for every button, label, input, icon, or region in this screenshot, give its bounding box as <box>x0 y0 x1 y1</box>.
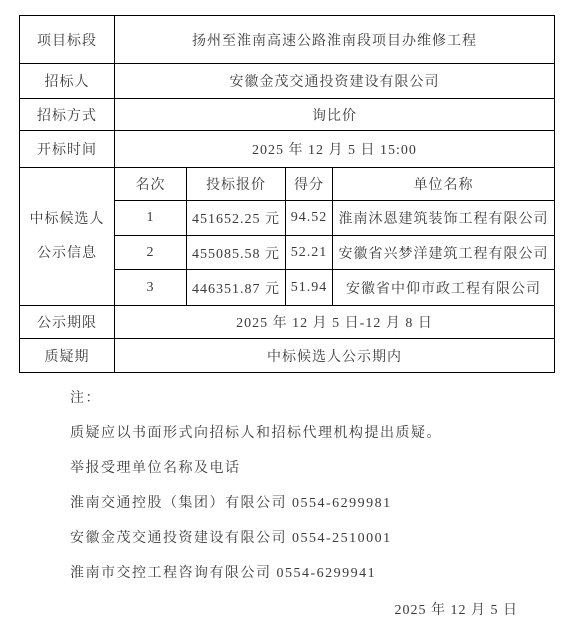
bid-opening-time-value: 2025 年 12 月 5 日 15:00 <box>115 131 555 168</box>
candidate-2-score: 52.21 <box>286 236 333 270</box>
candidate-2-company: 安徽省兴梦洋建筑工程有限公司 <box>333 236 555 270</box>
candidate-3-bid-price: 446351.87 元 <box>187 270 286 306</box>
question-period-value: 中标候选人公示期内 <box>115 339 555 373</box>
candidate-1-bid-price: 451652.25 元 <box>187 201 286 236</box>
publicity-period-value: 2025 年 12 月 5 日-12 月 8 日 <box>115 306 555 339</box>
publicity-period-label: 公示期限 <box>20 306 115 339</box>
note-line-report-units-title: 举报受理单位名称及电话 <box>70 462 442 476</box>
tender-method-value: 询比价 <box>115 99 555 131</box>
tenderer-label: 招标人 <box>20 64 115 99</box>
notes-section: 注： 质疑应以书面形式向招标人和招标代理机构提出质疑。 举报受理单位名称及电话 … <box>70 392 442 602</box>
candidate-3-rank: 3 <box>115 270 187 306</box>
candidate-3-score: 51.94 <box>286 270 333 306</box>
candidate-1-score: 94.52 <box>286 201 333 236</box>
candidates-label-line1: 中标候选人 <box>22 203 112 237</box>
table-row-tender-method: 招标方式 询比价 <box>20 99 555 131</box>
note-line-objection: 质疑应以书面形式向招标人和招标代理机构提出质疑。 <box>70 427 442 441</box>
column-header-rank: 名次 <box>115 168 187 201</box>
document-date: 2025 年 12 月 5 日 <box>395 599 519 619</box>
candidates-label-line2: 公示信息 <box>22 237 112 271</box>
column-header-bid-price: 投标报价 <box>187 168 286 201</box>
bid-announcement-document: 项目标段 扬州至淮南高速公路淮南段项目办维修工程 招标人 安徽金茂交通投资建设有… <box>0 0 572 639</box>
table-row-bid-opening-time: 开标时间 2025 年 12 月 5 日 15:00 <box>20 131 555 168</box>
candidates-header-row: 中标候选人 公示信息 名次 投标报价 得分 单位名称 <box>20 168 555 201</box>
question-period-label: 质疑期 <box>20 339 115 373</box>
table-row-publicity-period: 公示期限 2025 年 12 月 5 日-12 月 8 日 <box>20 306 555 339</box>
table-row-project-section: 项目标段 扬州至淮南高速公路淮南段项目办维修工程 <box>20 16 555 64</box>
project-section-value: 扬州至淮南高速公路淮南段项目办维修工程 <box>115 16 555 64</box>
candidate-2-rank: 2 <box>115 236 187 270</box>
column-header-company-name: 单位名称 <box>333 168 555 201</box>
notes-title: 注： <box>70 392 442 406</box>
bid-opening-time-label: 开标时间 <box>20 131 115 168</box>
bid-info-table: 项目标段 扬州至淮南高速公路淮南段项目办维修工程 招标人 安徽金茂交通投资建设有… <box>19 15 555 373</box>
note-line-unit-phone-2: 安徽金茂交通投资建设有限公司 0554-2510001 <box>70 532 442 546</box>
candidate-3-company: 安徽省中仰市政工程有限公司 <box>333 270 555 306</box>
tender-method-label: 招标方式 <box>20 99 115 131</box>
table-row-tenderer: 招标人 安徽金茂交通投资建设有限公司 <box>20 64 555 99</box>
column-header-score: 得分 <box>286 168 333 201</box>
candidates-publicity-label: 中标候选人 公示信息 <box>20 168 115 306</box>
tenderer-value: 安徽金茂交通投资建设有限公司 <box>115 64 555 99</box>
candidate-2-bid-price: 455085.58 元 <box>187 236 286 270</box>
project-section-label: 项目标段 <box>20 16 115 64</box>
candidate-1-rank: 1 <box>115 201 187 236</box>
candidate-1-company: 淮南沐恩建筑装饰工程有限公司 <box>333 201 555 236</box>
table-row-question-period: 质疑期 中标候选人公示期内 <box>20 339 555 373</box>
note-line-unit-phone-1: 淮南交通控股（集团）有限公司 0554-6299981 <box>70 497 442 511</box>
note-line-unit-phone-3: 淮南市交控工程咨询有限公司 0554-6299941 <box>70 567 442 581</box>
